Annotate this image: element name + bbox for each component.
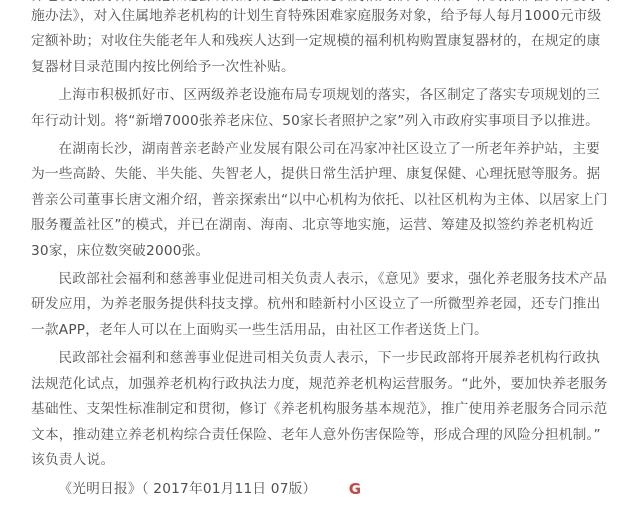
- publication-citation: 《光明日报》（ 2017年01月11日 07版）: [58, 481, 316, 497]
- paragraph-shanghai-plan: 上海市积极抓好市、区两级养老设施布局专项规划的落实，各区制定了落实专项规划的三年…: [31, 83, 609, 134]
- publication-footer: 《光明日报》（ 2017年01月11日 07版）G: [31, 476, 609, 502]
- guangming-daily-logo-g: G: [321, 477, 361, 502]
- paragraph-tech-support: 民政部社会福利和慈善事业促进司相关负责人表示，《意见》要求，强化养老服务技术产品…: [31, 267, 609, 343]
- paragraph-subsidy-policy: 施办法》，对入住属地养老机构的计划生育特殊困难家庭服务对象，给予每人每月1000…: [31, 4, 609, 80]
- article-body: 养老机构服务保障措施和配套政策的制定实施情况以及相关部门今后的工作安排部署具体要…: [0, 0, 640, 503]
- paragraph-regulation: 民政部社会福利和慈善事业促进司相关负责人表示，下一步民政部将开展养老机构行政执法…: [31, 346, 609, 473]
- paragraph-hunan-puqin: 在湖南长沙，湖南普亲老龄产业发展有限公司在冯家冲社区设立了一所老年养护站，主要为…: [31, 137, 609, 264]
